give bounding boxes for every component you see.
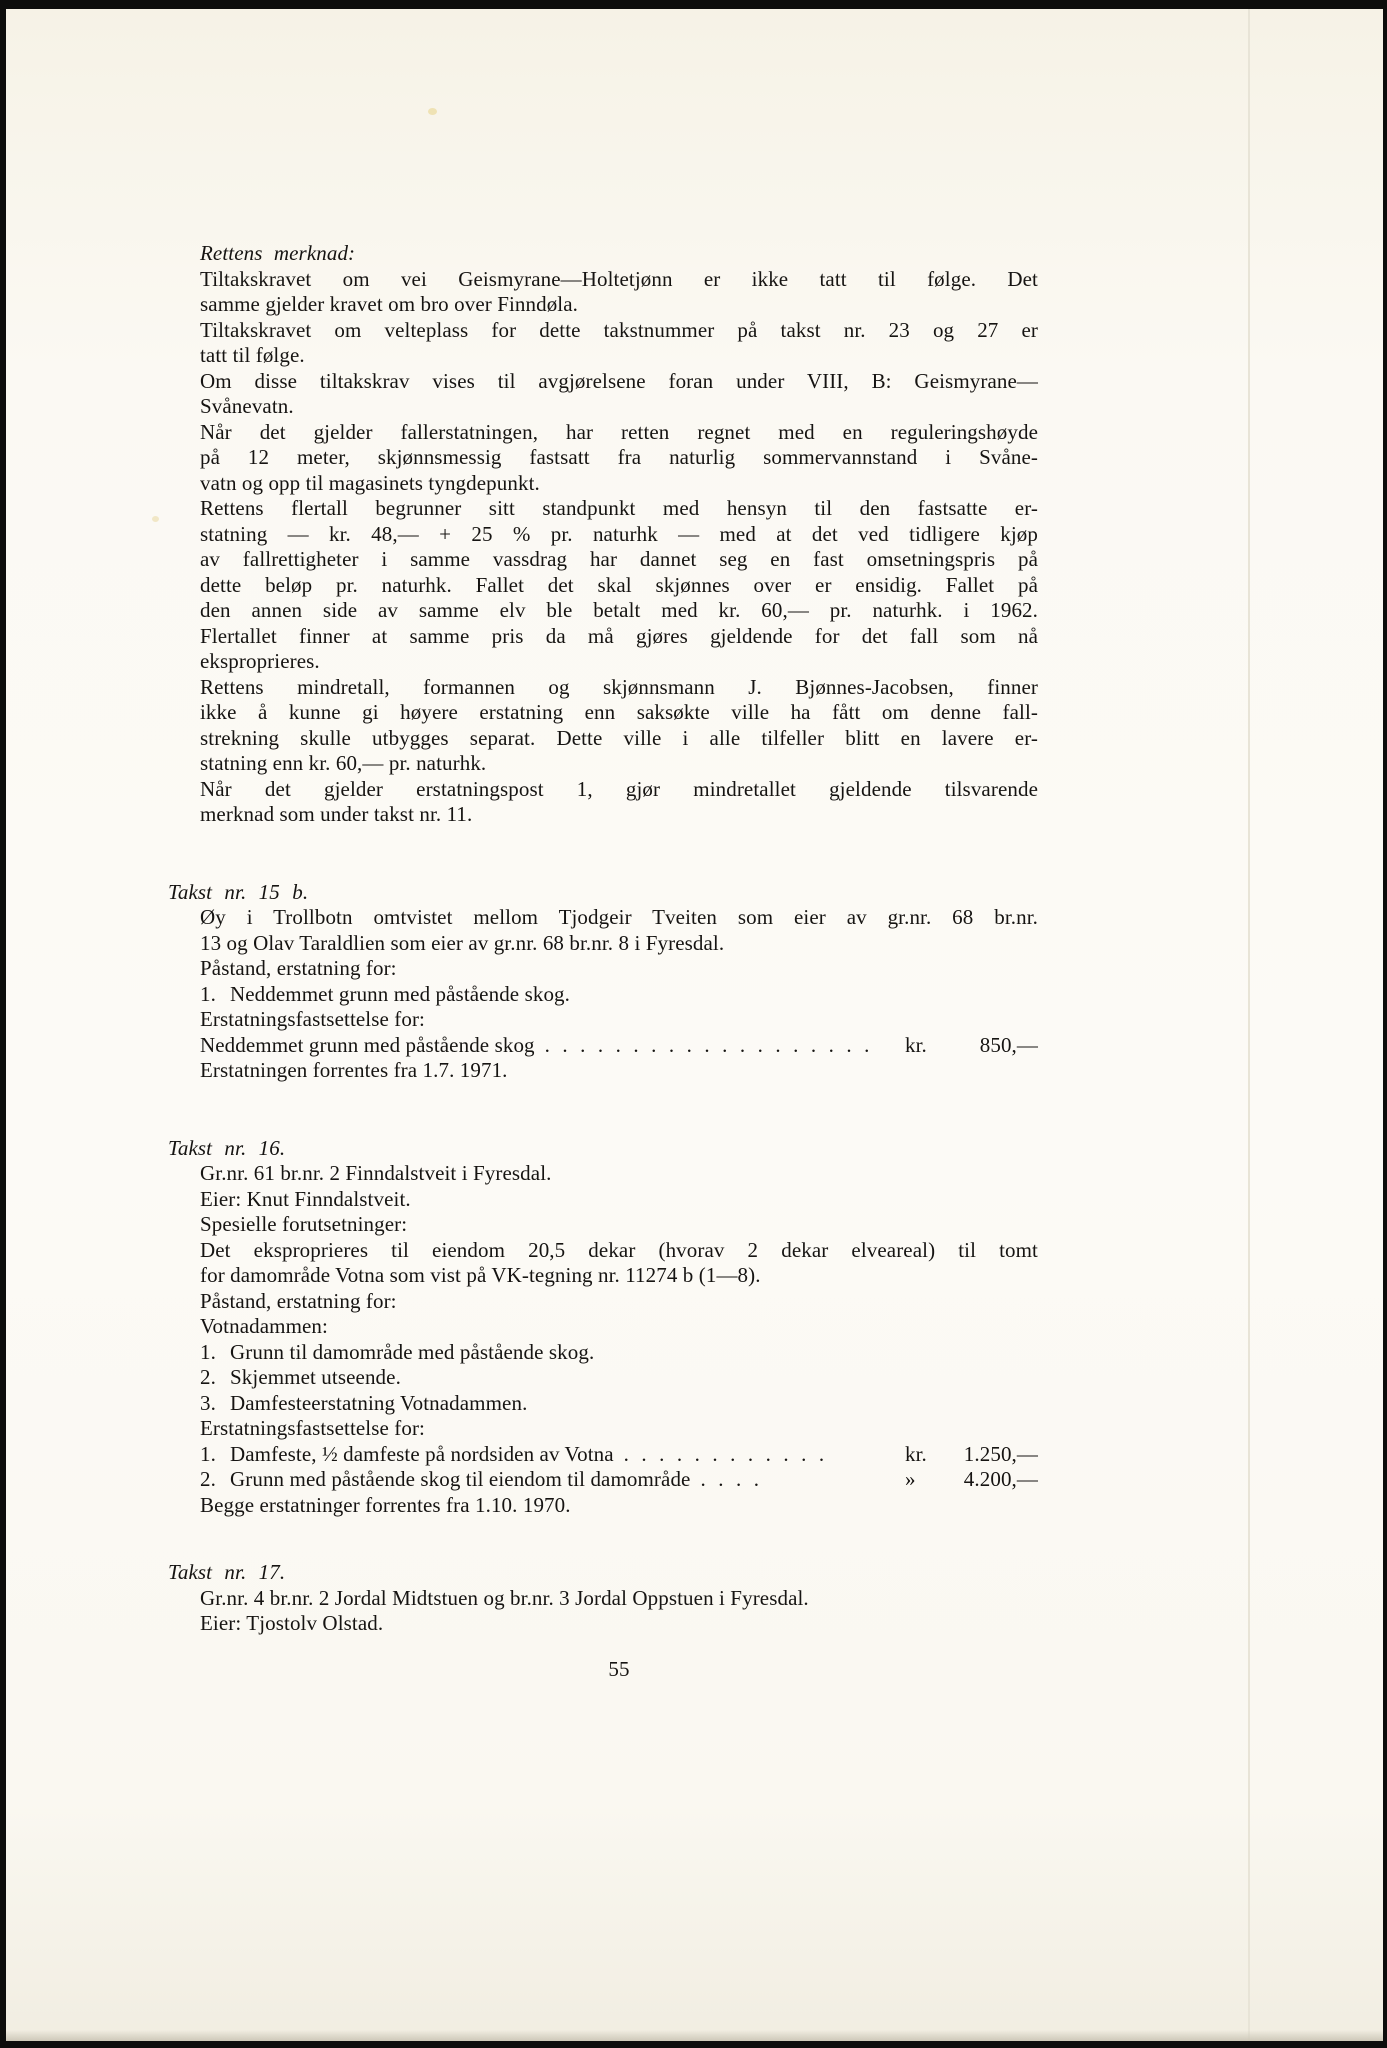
text-line: eksproprieres. (200, 649, 1038, 675)
amount-row-label: Damfeste, ½ damfeste på nordsiden av Vot… (230, 1442, 614, 1468)
text-line: Erstatningsfastsettelse for: (200, 1416, 1038, 1442)
item-number: 2. (200, 1365, 230, 1391)
section-heading: Takst nr. 17. (168, 1560, 1038, 1586)
scan-border-left (0, 0, 6, 2048)
text-line: Svånevatn. (200, 394, 1038, 420)
text-line: Øy i Trollbotn omtvistet mellom Tjodgeir… (200, 905, 1038, 931)
text-line: Begge erstatninger forrentes fra 1.10. 1… (200, 1493, 1038, 1519)
text-line: Det eksproprieres til eiendom 20,5 dekar… (200, 1238, 1038, 1264)
scanned-page: { "document": { "page_number": "55", "se… (0, 0, 1387, 2048)
text-line: på 12 meter, skjønnsmessig fastsatt fra … (200, 445, 1038, 471)
text-line: dette beløp pr. naturhk. Fallet det skal… (200, 573, 1038, 599)
text-line: Votnadammen: (200, 1314, 1038, 1340)
dot-leader: .... (690, 1467, 771, 1493)
section-heading: Takst nr. 16. (168, 1136, 1038, 1162)
page-bottom-shadow (6, 2030, 1383, 2041)
text-line: Rettens mindretall, formannen og skjønns… (200, 675, 1038, 701)
text-line: den annen side av samme elv ble betalt m… (200, 598, 1038, 624)
amount-row-label: Grunn med påstående skog til eiendom til… (230, 1467, 690, 1493)
text-line: Rettens flertall begrunner sitt standpun… (200, 496, 1038, 522)
page-number: 55 (200, 1657, 1038, 1683)
text-line: Gr.nr. 4 br.nr. 2 Jordal Midtstuen og br… (200, 1586, 1038, 1612)
section-takst-15b: Takst nr. 15 b.Øy i Trollbotn omtvistet … (200, 880, 1038, 1084)
text-line: 1.Neddemmet grunn med påstående skog. (200, 982, 1038, 1008)
text-line: Påstand, erstatning for: (200, 1289, 1038, 1315)
amount-value: 4.200,— (958, 1467, 1038, 1493)
amount-row-label: Neddemmet grunn med påstående skog (200, 1033, 535, 1059)
text-line: tatt til følge. (200, 343, 1038, 369)
text-line: Om disse tiltakskrav vises til avgjørels… (200, 369, 1038, 395)
inline-heading: Rettens merknad: (200, 241, 1038, 267)
text-line: Når det gjelder fallerstatningen, har re… (200, 420, 1038, 446)
item-number: 3. (200, 1391, 230, 1417)
section-heading: Takst nr. 15 b. (168, 880, 1038, 906)
amount-row: 2.Grunn med påstående skog til eiendom t… (200, 1467, 1038, 1493)
text-line: 3.Damfesteerstatning Votnadammen. (200, 1391, 1038, 1417)
text-line: statning — kr. 48,— + 25 % pr. naturhk —… (200, 522, 1038, 548)
amount-value: 1.250,— (958, 1442, 1038, 1468)
item-number: 2. (200, 1467, 230, 1493)
text-line: vatn og opp til magasinets tyngdepunkt. (200, 471, 1038, 497)
text-line: samme gjelder kravet om bro over Finndøl… (200, 292, 1038, 318)
amount-row: Neddemmet grunn med påstående skog......… (200, 1033, 1038, 1059)
text-line: Tiltakskravet om vei Geismyrane—Holtetjø… (200, 267, 1038, 293)
section-takst-17: Takst nr. 17.Gr.nr. 4 br.nr. 2 Jordal Mi… (200, 1560, 1038, 1637)
text-line: statning enn kr. 60,— pr. naturhk. (200, 751, 1038, 777)
text-line: Tiltakskravet om velteplass for dette ta… (200, 318, 1038, 344)
text-line: Erstatningsfastsettelse for: (200, 1007, 1038, 1033)
text-line: Eier: Tjostolv Olstad. (200, 1611, 1038, 1637)
document-body: Rettens merknad:Tiltakskravet om vei Gei… (200, 241, 1038, 1682)
scan-border-right (1383, 0, 1387, 2048)
scan-border-bottom (0, 2041, 1387, 2048)
item-number: 1. (200, 982, 230, 1008)
text-line: 13 og Olav Taraldlien som eier av gr.nr.… (200, 931, 1038, 957)
text-line: for damområde Votna som vist på VK-tegni… (200, 1263, 1038, 1289)
text-line: Flertallet finner at samme pris da må gj… (200, 624, 1038, 650)
currency-unit: » (905, 1467, 958, 1493)
dot-leader: ................... (535, 1033, 882, 1059)
text-line: Gr.nr. 61 br.nr. 2 Finndalstveit i Fyres… (200, 1161, 1038, 1187)
item-number: 1. (200, 1340, 230, 1366)
text-line: merknad som under takst nr. 11. (200, 802, 1038, 828)
text-line: 2.Skjemmet utseende. (200, 1365, 1038, 1391)
text-line: Eier: Knut Finndalstveit. (200, 1187, 1038, 1213)
text-line: strekning skulle utbygges separat. Dette… (200, 726, 1038, 752)
text-line: 1.Grunn til damområde med påstående skog… (200, 1340, 1038, 1366)
text-line: ikke å kunne gi høyere erstatning enn sa… (200, 700, 1038, 726)
currency-unit: kr. (905, 1033, 958, 1059)
section-takst-16: Takst nr. 16.Gr.nr. 61 br.nr. 2 Finndals… (200, 1136, 1038, 1519)
text-line: Når det gjelder erstatningspost 1, gjør … (200, 777, 1038, 803)
dot-leader: ............ (614, 1442, 837, 1468)
currency-unit: kr. (905, 1442, 958, 1468)
text-line: Erstatningen forrentes fra 1.7. 1971. (200, 1058, 1038, 1084)
item-number: 1. (200, 1442, 230, 1468)
text-line: av fallrettigheter i samme vassdrag har … (200, 547, 1038, 573)
text-line: Påstand, erstatning for: (200, 956, 1038, 982)
amount-value: 850,— (958, 1033, 1038, 1059)
scan-speck (428, 108, 437, 115)
amount-row: 1.Damfeste, ½ damfeste på nordsiden av V… (200, 1442, 1038, 1468)
page-crease-line (1248, 9, 1250, 2041)
section-rettens-merknad: Rettens merknad:Tiltakskravet om vei Gei… (200, 241, 1038, 828)
text-line: Spesielle forutsetninger: (200, 1212, 1038, 1238)
scan-border-top (0, 0, 1387, 9)
scan-speck (152, 516, 159, 522)
